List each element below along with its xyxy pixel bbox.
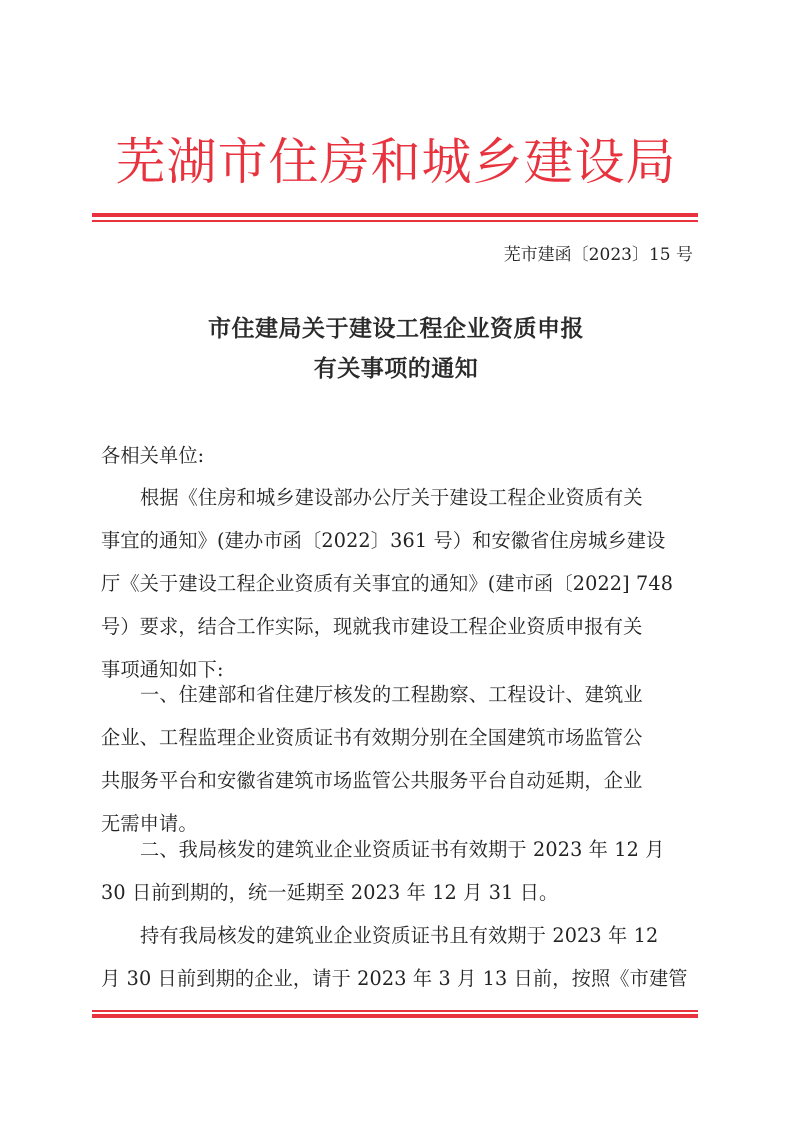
- footer-red-rule-thin: [92, 1010, 698, 1012]
- masthead-red-rule-thick: [92, 213, 698, 217]
- document-title-line-1: 市住建局关于建设工程企业资质申报: [92, 312, 700, 346]
- section-two-line: 月 30 日前到期的企业，请于 2023 年 3 月 13 日前，按照《市建管: [101, 964, 691, 994]
- agency-masthead: 芜湖市住房和城乡建设局: [92, 130, 700, 194]
- document-title-line-2: 有关事项的通知: [92, 352, 700, 386]
- document-number: 芜市建函〔2023〕15 号: [504, 240, 693, 270]
- section-one-line: 共服务平台和安徽省建筑市场监管公共服务平台自动延期，企业: [101, 766, 691, 796]
- paragraph-line: 厅《关于建设工程企业资质有关事宜的通知》(建市函〔2022] 748: [101, 569, 691, 599]
- section-two-line: 30 日前到期的，统一延期至 2023 年 12 月 31 日。: [101, 878, 691, 908]
- paragraph-line: 根据《住房和城乡建设部办公厅关于建设工程企业资质有关: [140, 483, 691, 513]
- section-two-line: 二、我局核发的建筑业企业资质证书有效期于 2023 年 12 月: [140, 835, 691, 865]
- section-one-line: 企业、工程监理企业资质证书有效期分别在全国建筑市场监管公: [101, 723, 691, 753]
- section-two-line: 持有我局核发的建筑业企业资质证书且有效期于 2023 年 12: [140, 921, 691, 951]
- paragraph-line: 事宜的通知》(建办市函〔2022〕361 号）和安徽省住房城乡建设: [101, 526, 691, 556]
- salutation: 各相关单位:: [101, 441, 691, 471]
- section-one-line: 一、住建部和省住建厅核发的工程勘察、工程设计、建筑业: [140, 680, 691, 710]
- footer-red-rule-thick: [92, 1014, 698, 1018]
- paragraph-line: 号）要求，结合工作实际，现就我市建设工程企业资质申报有关: [101, 612, 691, 642]
- masthead-red-rule-thin: [92, 220, 698, 222]
- document-page: 芜湖市住房和城乡建设局 芜市建函〔2023〕15 号 市住建局关于建设工程企业资…: [0, 0, 793, 1122]
